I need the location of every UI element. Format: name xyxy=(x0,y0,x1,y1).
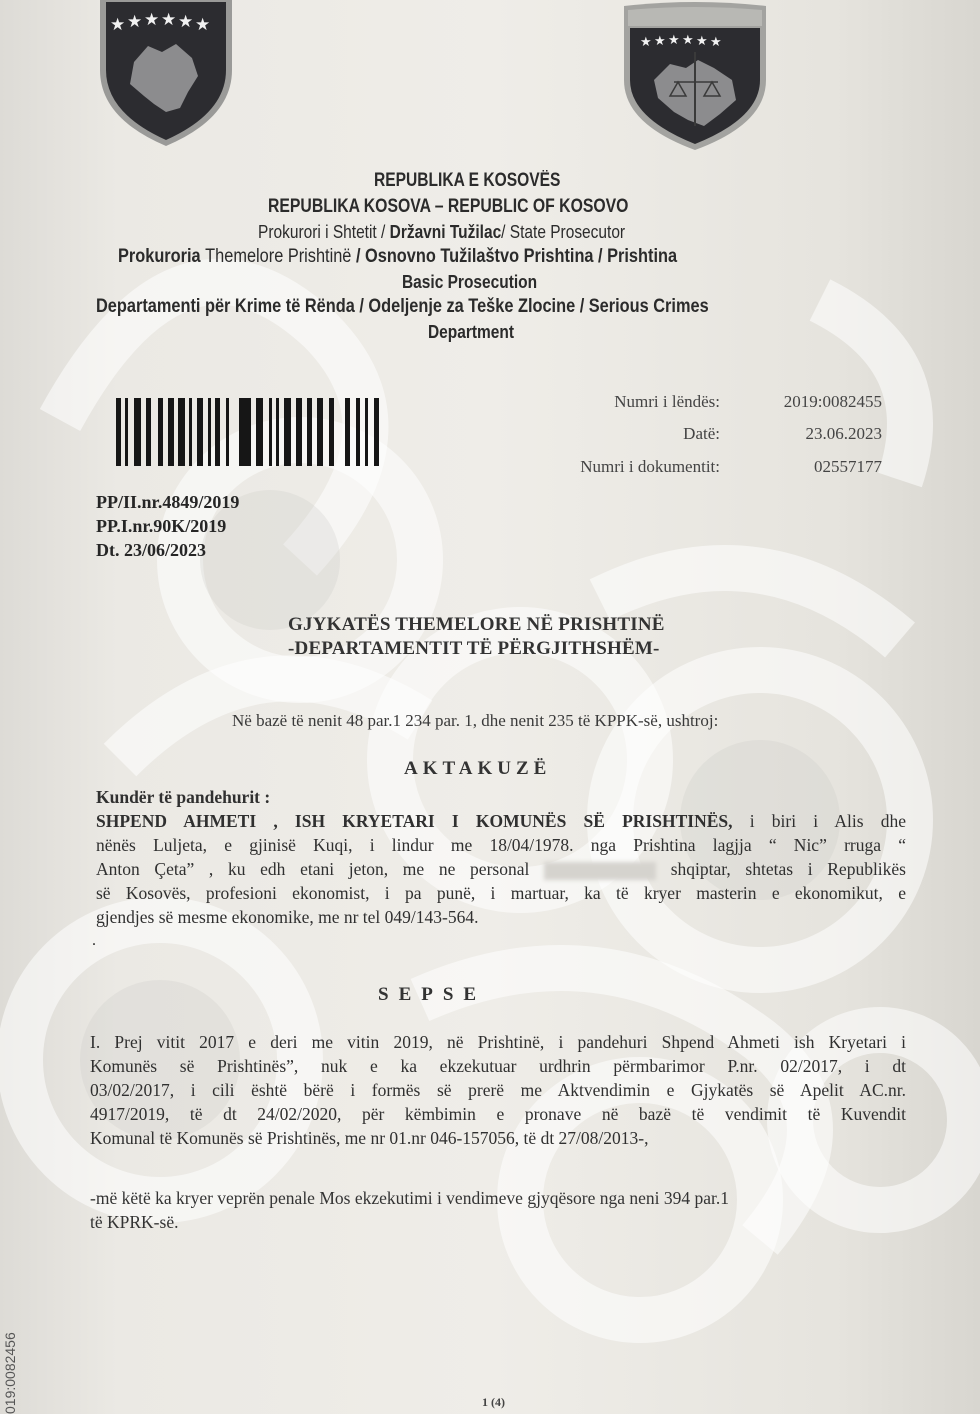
svg-text:★: ★ xyxy=(668,33,680,48)
accused-line-3: Anton Çeta” , ku edh etani jeton, me ne … xyxy=(96,857,906,881)
header-republic-albanian: REPUBLIKA E KOSOVËS xyxy=(374,170,560,192)
charge-line-1: I. Prej vitit 2017 e deri me vitin 2019,… xyxy=(90,1030,906,1054)
charge-line-3: 03/02/2017, i cili është bërë i formës s… xyxy=(90,1078,906,1102)
offense-line-2: të KPRK-së. xyxy=(90,1210,906,1234)
document-number-label: Numri i dokumentit: xyxy=(550,457,720,477)
date-value: 23.06.2023 xyxy=(760,424,882,444)
svg-text:★: ★ xyxy=(144,10,159,30)
barcode xyxy=(116,398,394,466)
charge-line-5: Komunal të Komunës së Prishtinës, me nr … xyxy=(90,1126,906,1150)
redacted-personal-number xyxy=(544,862,656,880)
header-serious-crimes-department: Departamenti për Krime të Rënda / Odelje… xyxy=(96,296,709,318)
because-title: SEPSE xyxy=(378,984,486,1006)
header-basic-prosecution: Prokuroria Themelore Prishtinë / Osnovno… xyxy=(118,246,677,268)
case-number-label: Numri i lëndës: xyxy=(550,392,720,412)
svg-text:★: ★ xyxy=(710,35,722,50)
charge-paragraph: I. Prej vitit 2017 e deri me vitin 2019,… xyxy=(90,1030,906,1150)
header-state-prosecutor: Prokurori i Shtetit / Državni Tužilac/ S… xyxy=(258,222,625,243)
accused-line-2: nënës Luljeta, e gjinisë Kuqi, i lindur … xyxy=(96,833,906,857)
kosovo-coat-of-arms-icon: ★★★ ★★★ xyxy=(96,0,236,148)
header-republic-multilingual: REPUBLIKA KOSOVA – REPUBLIC OF KOSOVO xyxy=(268,196,628,218)
court-name: GJYKATËS THEMELORE NË PRISHTINË xyxy=(288,613,665,637)
page-number: 1 (4) xyxy=(482,1395,505,1410)
reference-numbers: PP/II.nr.4849/2019 PP.I.nr.90K/2019 Dt. … xyxy=(96,490,239,562)
svg-text:★: ★ xyxy=(195,15,210,35)
side-stamp: 019:0082456 xyxy=(2,1332,18,1414)
addressee-court: GJYKATËS THEMELORE NË PRISHTINË -DEPARTA… xyxy=(288,613,665,661)
document-page: ★★★ ★★★ ★★★ ★★★ REPUBLIKA E KOSOVËS REPU… xyxy=(0,0,980,1414)
svg-text:★: ★ xyxy=(127,12,142,32)
svg-text:★: ★ xyxy=(161,10,176,30)
document-number-value: 02557177 xyxy=(760,457,882,477)
accused-section: Kundër të pandehurit : SHPEND AHMETI , I… xyxy=(96,785,906,929)
ref-pp-ii: PP/II.nr.4849/2019 xyxy=(96,490,239,514)
svg-text:★: ★ xyxy=(696,34,708,49)
stray-mark: . xyxy=(92,932,96,950)
svg-text:★: ★ xyxy=(178,12,193,32)
svg-text:★: ★ xyxy=(682,33,694,48)
header-department-cont: Department xyxy=(428,322,514,343)
offense-line-1: -më këtë ka kryer veprën penale Mos ekze… xyxy=(90,1186,906,1210)
case-number-value: 2019:0082455 xyxy=(760,392,882,412)
indictment-title: AKTAKUZË xyxy=(404,758,551,780)
accused-line-5: gjendjes së mesme ekonomike, me nr tel 0… xyxy=(96,905,906,929)
ref-pp-i: PP.I.nr.90K/2019 xyxy=(96,514,239,538)
legal-basis: Në bazë të nenit 48 par.1 234 par. 1, dh… xyxy=(232,711,718,731)
accused-line-1: SHPEND AHMETI , ISH KRYETARI I KOMUNËS S… xyxy=(96,809,906,833)
offense-paragraph: -më këtë ka kryer veprën penale Mos ekze… xyxy=(90,1186,906,1234)
svg-text:★: ★ xyxy=(640,35,652,50)
state-prosecutor-emblem-icon: ★★★ ★★★ xyxy=(622,2,768,150)
accused-name: SHPEND AHMETI , ISH KRYETARI I KOMUNËS S… xyxy=(96,811,733,831)
court-department: -DEPARTAMENTIT TË PËRGJITHSHËM- xyxy=(288,637,665,661)
accused-line-4: së Kosovës, profesioni ekonomist, i pa p… xyxy=(96,881,906,905)
accused-label: Kundër të pandehurit : xyxy=(96,785,906,809)
svg-text:★: ★ xyxy=(110,15,125,35)
charge-line-4: 4917/2019, të dt 24/02/2020, për këmbimi… xyxy=(90,1102,906,1126)
svg-text:★: ★ xyxy=(654,34,666,49)
ref-date: Dt. 23/06/2023 xyxy=(96,538,239,562)
date-label: Datë: xyxy=(550,424,720,444)
header-basic-prosecution-cont: Basic Prosecution xyxy=(402,272,537,293)
charge-line-2: Komunës së Prishtinës”, nuk e ka ekzekut… xyxy=(90,1054,906,1078)
